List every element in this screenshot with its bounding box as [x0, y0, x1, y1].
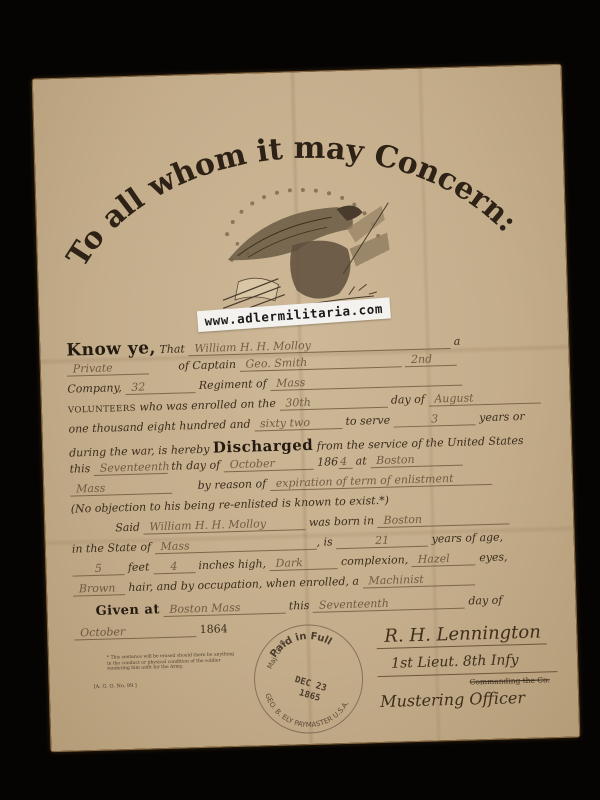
footnote-text: * This sentence will be erased should th…: [107, 652, 237, 672]
enrolled-day-field: 30th: [279, 394, 387, 411]
discharge-year-field: 4: [338, 455, 352, 469]
feet-label: feet: [128, 560, 150, 574]
captain-name-field: Geo. Smith: [239, 353, 401, 372]
given-day-field: Seventeenth: [313, 595, 465, 613]
officer-role: Mustering Officer: [380, 688, 525, 711]
signature-block: R. H. Lennington 1st Lieut. 8th Infy Com…: [376, 621, 559, 726]
given-day-of-label: day of: [468, 594, 502, 608]
inches-high-label: inches high,: [198, 557, 266, 572]
given-this-label: this: [289, 599, 310, 613]
complexion-label: complexion,: [341, 553, 409, 568]
discharge-day-field: Seventeenth: [94, 460, 168, 476]
age-field: 21: [336, 533, 428, 550]
during-war-label: during the war, is hereby: [69, 443, 210, 460]
rank-prefix: a: [454, 335, 461, 348]
regiment-state-field: Mass: [270, 372, 462, 391]
said-name-field: William H. H. Molloy: [143, 516, 305, 535]
form-number: [A. G. O. No. 99.]: [94, 683, 137, 690]
officer-title: 1st Lieut. 8th Infy: [391, 652, 519, 672]
years-of-age-label: years of age,: [431, 531, 503, 546]
eyes-field: Hazel: [412, 551, 476, 567]
to-serve-label: to serve: [345, 414, 390, 428]
of-captain-label: of Captain: [178, 358, 236, 373]
height-inches-field: 4: [153, 559, 195, 574]
officer-signature: R. H. Lennington: [384, 622, 541, 647]
discharged-label: Discharged: [213, 436, 314, 457]
years-or-label: years or: [479, 410, 525, 424]
paid-in-full-stamp: Paid in Full GEO. B. ELY PAYMASTER U.S.A…: [248, 618, 369, 739]
given-at-label: Given at: [95, 602, 160, 619]
is-label: , is: [316, 535, 333, 548]
hair-field: Brown: [73, 581, 125, 596]
by-reason-label: by reason of: [197, 477, 266, 492]
term-years-field: 3: [393, 411, 475, 427]
born-in-label: was born in: [309, 514, 375, 529]
company-letter-field: 2nd: [405, 352, 457, 367]
that-label: That: [159, 342, 185, 356]
year-prefix-186: 186: [317, 455, 338, 469]
discharge-place-state-field: Mass: [70, 480, 172, 497]
enrolled-month-field: August: [428, 389, 540, 406]
birth-state-field: Mass: [154, 536, 316, 555]
discharge-month-field: October: [224, 456, 314, 473]
discharge-certificate: To all whom it may Concern:: [33, 65, 580, 751]
volunteers-label: VOLUNTEERS: [68, 404, 136, 416]
height-feet-field: 5: [72, 561, 124, 576]
birthplace-field: Boston: [377, 510, 509, 528]
rank-field: Private: [67, 360, 149, 376]
year-prefix-label: one thousand eight hundred and: [68, 418, 250, 436]
regiment-label: Regiment of: [199, 377, 267, 392]
enrolled-year-field: sixty two: [254, 415, 342, 431]
know-ye-label: Know ye,: [66, 338, 156, 360]
th-day-of-label: th day of: [171, 458, 220, 472]
given-month-field: October: [74, 623, 196, 640]
this-label: this: [69, 462, 90, 476]
eyes-label: eyes,: [479, 550, 508, 564]
said-label: Said: [115, 521, 140, 535]
company-label: Company,: [67, 381, 122, 396]
given-year: 1864: [199, 622, 227, 636]
state-of-label: in the State of: [72, 540, 152, 555]
regiment-number-field: 32: [125, 379, 195, 395]
complexion-field: Dark: [269, 555, 337, 571]
day-of-label: day of: [391, 393, 425, 407]
discharge-place-field: Boston: [370, 452, 462, 469]
given-place-field: Boston Mass: [163, 600, 285, 617]
at-label: at: [356, 454, 367, 467]
commanding-label: Commanding the Co.: [470, 675, 550, 686]
enrolled-label: who was enrolled on the: [139, 397, 276, 414]
occupation-field: Machinist: [362, 571, 474, 588]
